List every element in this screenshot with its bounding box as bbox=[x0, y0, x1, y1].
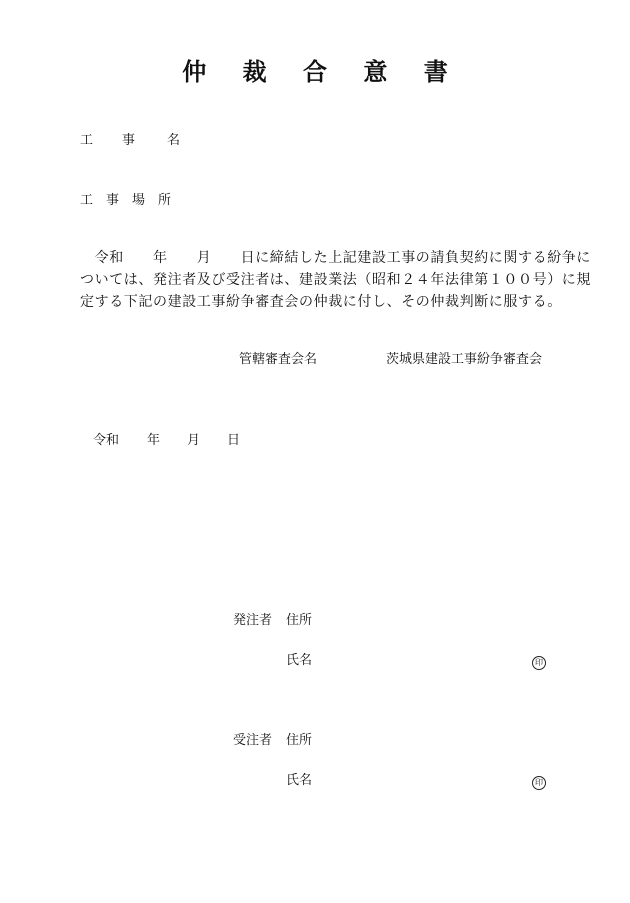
title-char: 仲 bbox=[182, 52, 206, 87]
paragraph-line: ついては、発注者及び受注者は、建設業法（昭和２４年法律第１００号）に規 bbox=[80, 269, 554, 291]
project-site-label: 工事場所 bbox=[80, 189, 171, 208]
paragraph-line: 定する下記の建設工事紛争審査会の仲裁に付し、その仲裁判断に服する。 bbox=[80, 291, 554, 313]
label-char: 名 bbox=[167, 129, 180, 148]
title-char: 裁 bbox=[243, 52, 267, 87]
contractor-role: 受注者 bbox=[233, 729, 272, 748]
contractor-seal: 印 bbox=[532, 770, 546, 790]
label-char: 所 bbox=[158, 189, 171, 208]
label-char: 工 bbox=[80, 129, 120, 148]
orderer-seal: 印 bbox=[532, 650, 546, 670]
title-char: 合 bbox=[303, 52, 327, 87]
contractor-name-label: 氏名 bbox=[286, 769, 312, 788]
tribunal-label: 管轄審査会名 bbox=[239, 348, 317, 367]
label-char: 事 bbox=[106, 189, 132, 208]
paragraph-line: 令和 年 月 日に締結した上記建設工事の請負契約に関する紛争に bbox=[80, 247, 554, 269]
title-char: 意 bbox=[363, 52, 387, 87]
document-title: 仲 裁 合 意 書 bbox=[0, 52, 630, 87]
agreement-paragraph: 令和 年 月 日に締結した上記建設工事の請負契約に関する紛争に ついては、発注者… bbox=[80, 247, 554, 313]
tribunal-value: 茨城県建設工事紛争審査会 bbox=[386, 348, 542, 367]
date-day: 日 bbox=[227, 429, 240, 448]
date-year: 年 bbox=[147, 429, 160, 448]
seal-icon: 印 bbox=[532, 656, 546, 670]
contractor-address-label: 住所 bbox=[286, 729, 312, 748]
label-char: 場 bbox=[132, 189, 158, 208]
orderer-address-label: 住所 bbox=[286, 609, 312, 628]
label-char: 事 bbox=[122, 129, 167, 148]
label-char: 工 bbox=[80, 189, 106, 208]
date-month: 月 bbox=[187, 429, 200, 448]
orderer-name-label: 氏名 bbox=[286, 649, 312, 668]
seal-icon: 印 bbox=[532, 776, 546, 790]
title-char: 書 bbox=[424, 52, 448, 87]
orderer-role: 発注者 bbox=[233, 609, 272, 628]
project-name-label: 工事名 bbox=[80, 129, 180, 148]
date-era: 令和 bbox=[93, 429, 119, 448]
